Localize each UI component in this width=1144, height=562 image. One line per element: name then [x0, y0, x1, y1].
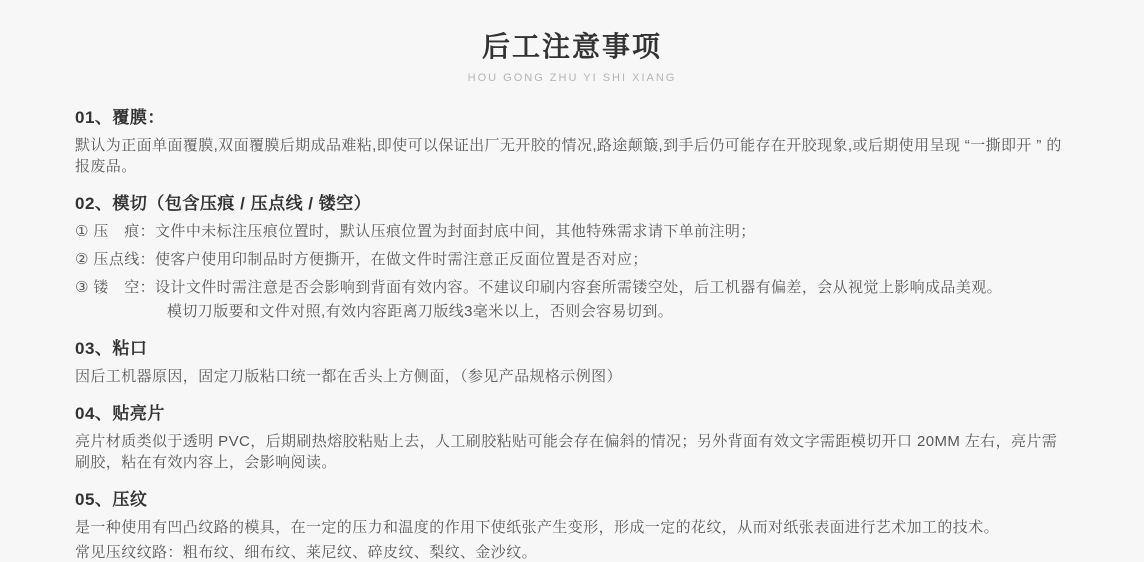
section-glue-flap: 03、粘口 因后工机器原因，固定刀版粘口统一都在舌头上方侧面，（参见产品规格示例… — [75, 338, 1069, 387]
list-item-hollow-continuation: 模切刀版要和文件对照,有效内容距离刀版线3毫米以上，否则会容易切到。 — [75, 301, 1069, 322]
notice-page: 后工注意事项 HOU GONG ZHU YI SHI XIANG 01、覆膜： … — [0, 0, 1144, 562]
section-heading: 02、模切（包含压痕 / 压点线 / 镂空） — [75, 193, 1069, 215]
page-subtitle: HOU GONG ZHU YI SHI XIANG — [0, 72, 1144, 84]
section-heading: 03、粘口 — [75, 338, 1069, 360]
section-paragraph: 因后工机器原因，固定刀版粘口统一都在舌头上方侧面，（参见产品规格示例图） — [75, 366, 1069, 387]
section-heading: 04、贴亮片 — [75, 403, 1069, 425]
section-paragraph: 亮片材质类似于透明 PVC，后期刷热熔胶粘贴上去，人工刷胶粘贴可能会存在偏斜的情… — [75, 431, 1069, 473]
section-lamination: 01、覆膜： 默认为正面单面覆膜,双面覆膜后期成品难粘,即使可以保证出厂无开胶的… — [75, 107, 1069, 177]
list-item-hollow: ③ 镂 空：设计文件时需注意是否会影响到背面有效内容。不建议印刷内容套所需镂空处… — [75, 277, 1069, 298]
section-heading: 01、覆膜： — [75, 107, 1069, 129]
section-paragraph: 常见压纹纹路：粗布纹、细布纹、莱尼纹、碎皮纹、梨纹、金沙纹。 — [75, 542, 1069, 562]
section-sequin: 04、贴亮片 亮片材质类似于透明 PVC，后期刷热熔胶粘贴上去，人工刷胶粘贴可能… — [75, 403, 1069, 473]
list-item-crease: ① 压 痕：文件中未标注压痕位置时，默认压痕位置为封面封底中间，其他特殊需求请下… — [75, 221, 1069, 242]
section-die-cutting: 02、模切（包含压痕 / 压点线 / 镂空） ① 压 痕：文件中未标注压痕位置时… — [75, 193, 1069, 322]
section-paragraph: 默认为正面单面覆膜,双面覆膜后期成品难粘,即使可以保证出厂无开胶的情况,路途颠簸… — [75, 135, 1069, 177]
list-item-perforation: ② 压点线：使客户使用印制品时方便撕开，在做文件时需注意正反面位置是否对应； — [75, 249, 1069, 270]
notice-content: 01、覆膜： 默认为正面单面覆膜,双面覆膜后期成品难粘,即使可以保证出厂无开胶的… — [75, 107, 1069, 562]
page-title: 后工注意事项 — [0, 31, 1144, 63]
section-embossing: 05、压纹 是一种使用有凹凸纹路的模具，在一定的压力和温度的作用下使纸张产生变形… — [75, 489, 1069, 562]
section-heading: 05、压纹 — [75, 489, 1069, 511]
section-paragraph: 是一种使用有凹凸纹路的模具，在一定的压力和温度的作用下使纸张产生变形，形成一定的… — [75, 517, 1069, 538]
